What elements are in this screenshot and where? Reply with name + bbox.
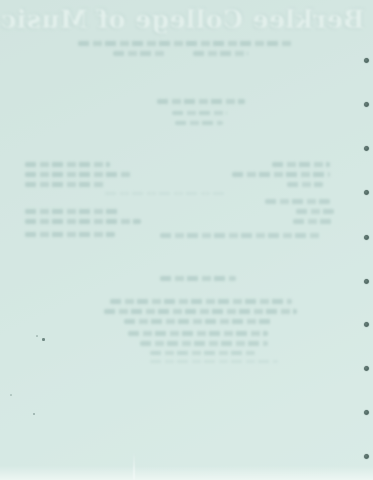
bleed-through-text-line bbox=[175, 121, 223, 125]
binding-hole bbox=[364, 279, 369, 284]
bleed-through-text-line bbox=[160, 233, 320, 238]
binding-hole bbox=[364, 58, 369, 63]
binding-hole bbox=[364, 102, 369, 107]
bleed-through-text-line bbox=[105, 192, 225, 195]
bleed-through-text-line bbox=[265, 199, 330, 204]
bleed-through-text-line bbox=[160, 276, 236, 281]
binding-hole bbox=[364, 410, 369, 415]
bleed-through-text-line bbox=[25, 162, 110, 167]
bleed-through-text-line bbox=[293, 219, 333, 224]
bleed-through-text-line bbox=[193, 51, 248, 56]
binding-hole bbox=[364, 235, 369, 240]
scan-speck bbox=[10, 394, 12, 396]
bleed-through-text-line bbox=[232, 172, 330, 177]
bleed-through-text-line bbox=[25, 172, 133, 177]
bleed-through-masthead-title: Berklee College of Music bbox=[0, 5, 365, 34]
bleed-through-text-line bbox=[104, 309, 297, 314]
binding-hole bbox=[364, 454, 369, 459]
bleed-through-text-line bbox=[172, 111, 227, 115]
bleed-through-text-line bbox=[272, 162, 330, 167]
bleed-through-text-line bbox=[150, 360, 278, 363]
binding-hole bbox=[364, 322, 369, 327]
scan-speck bbox=[42, 338, 45, 341]
bleed-through-text-line bbox=[25, 209, 120, 214]
binding-hole bbox=[364, 366, 369, 371]
binding-hole bbox=[364, 190, 369, 195]
scanned-program-page: Berklee College of Music bbox=[0, 0, 373, 480]
bleed-through-text-line bbox=[128, 331, 268, 336]
bleed-through-text-line bbox=[157, 99, 245, 104]
scan-speck bbox=[33, 413, 35, 415]
bleed-through-text-line bbox=[25, 219, 141, 224]
bleed-through-text-line bbox=[25, 232, 115, 237]
binding-hole bbox=[364, 146, 369, 151]
paper-crease bbox=[133, 452, 135, 480]
bleed-through-text-line bbox=[296, 209, 334, 214]
bleed-through-text-line bbox=[150, 351, 255, 355]
bleed-through-text-line bbox=[113, 51, 165, 56]
bleed-through-text-line bbox=[140, 341, 268, 346]
bleed-through-text-line bbox=[124, 319, 272, 324]
bleed-through-text-line bbox=[110, 299, 292, 304]
scan-speck bbox=[36, 335, 38, 337]
bleed-through-text-line bbox=[287, 182, 323, 187]
bleed-through-text-line bbox=[25, 182, 105, 187]
bleed-through-text-line bbox=[78, 41, 293, 46]
